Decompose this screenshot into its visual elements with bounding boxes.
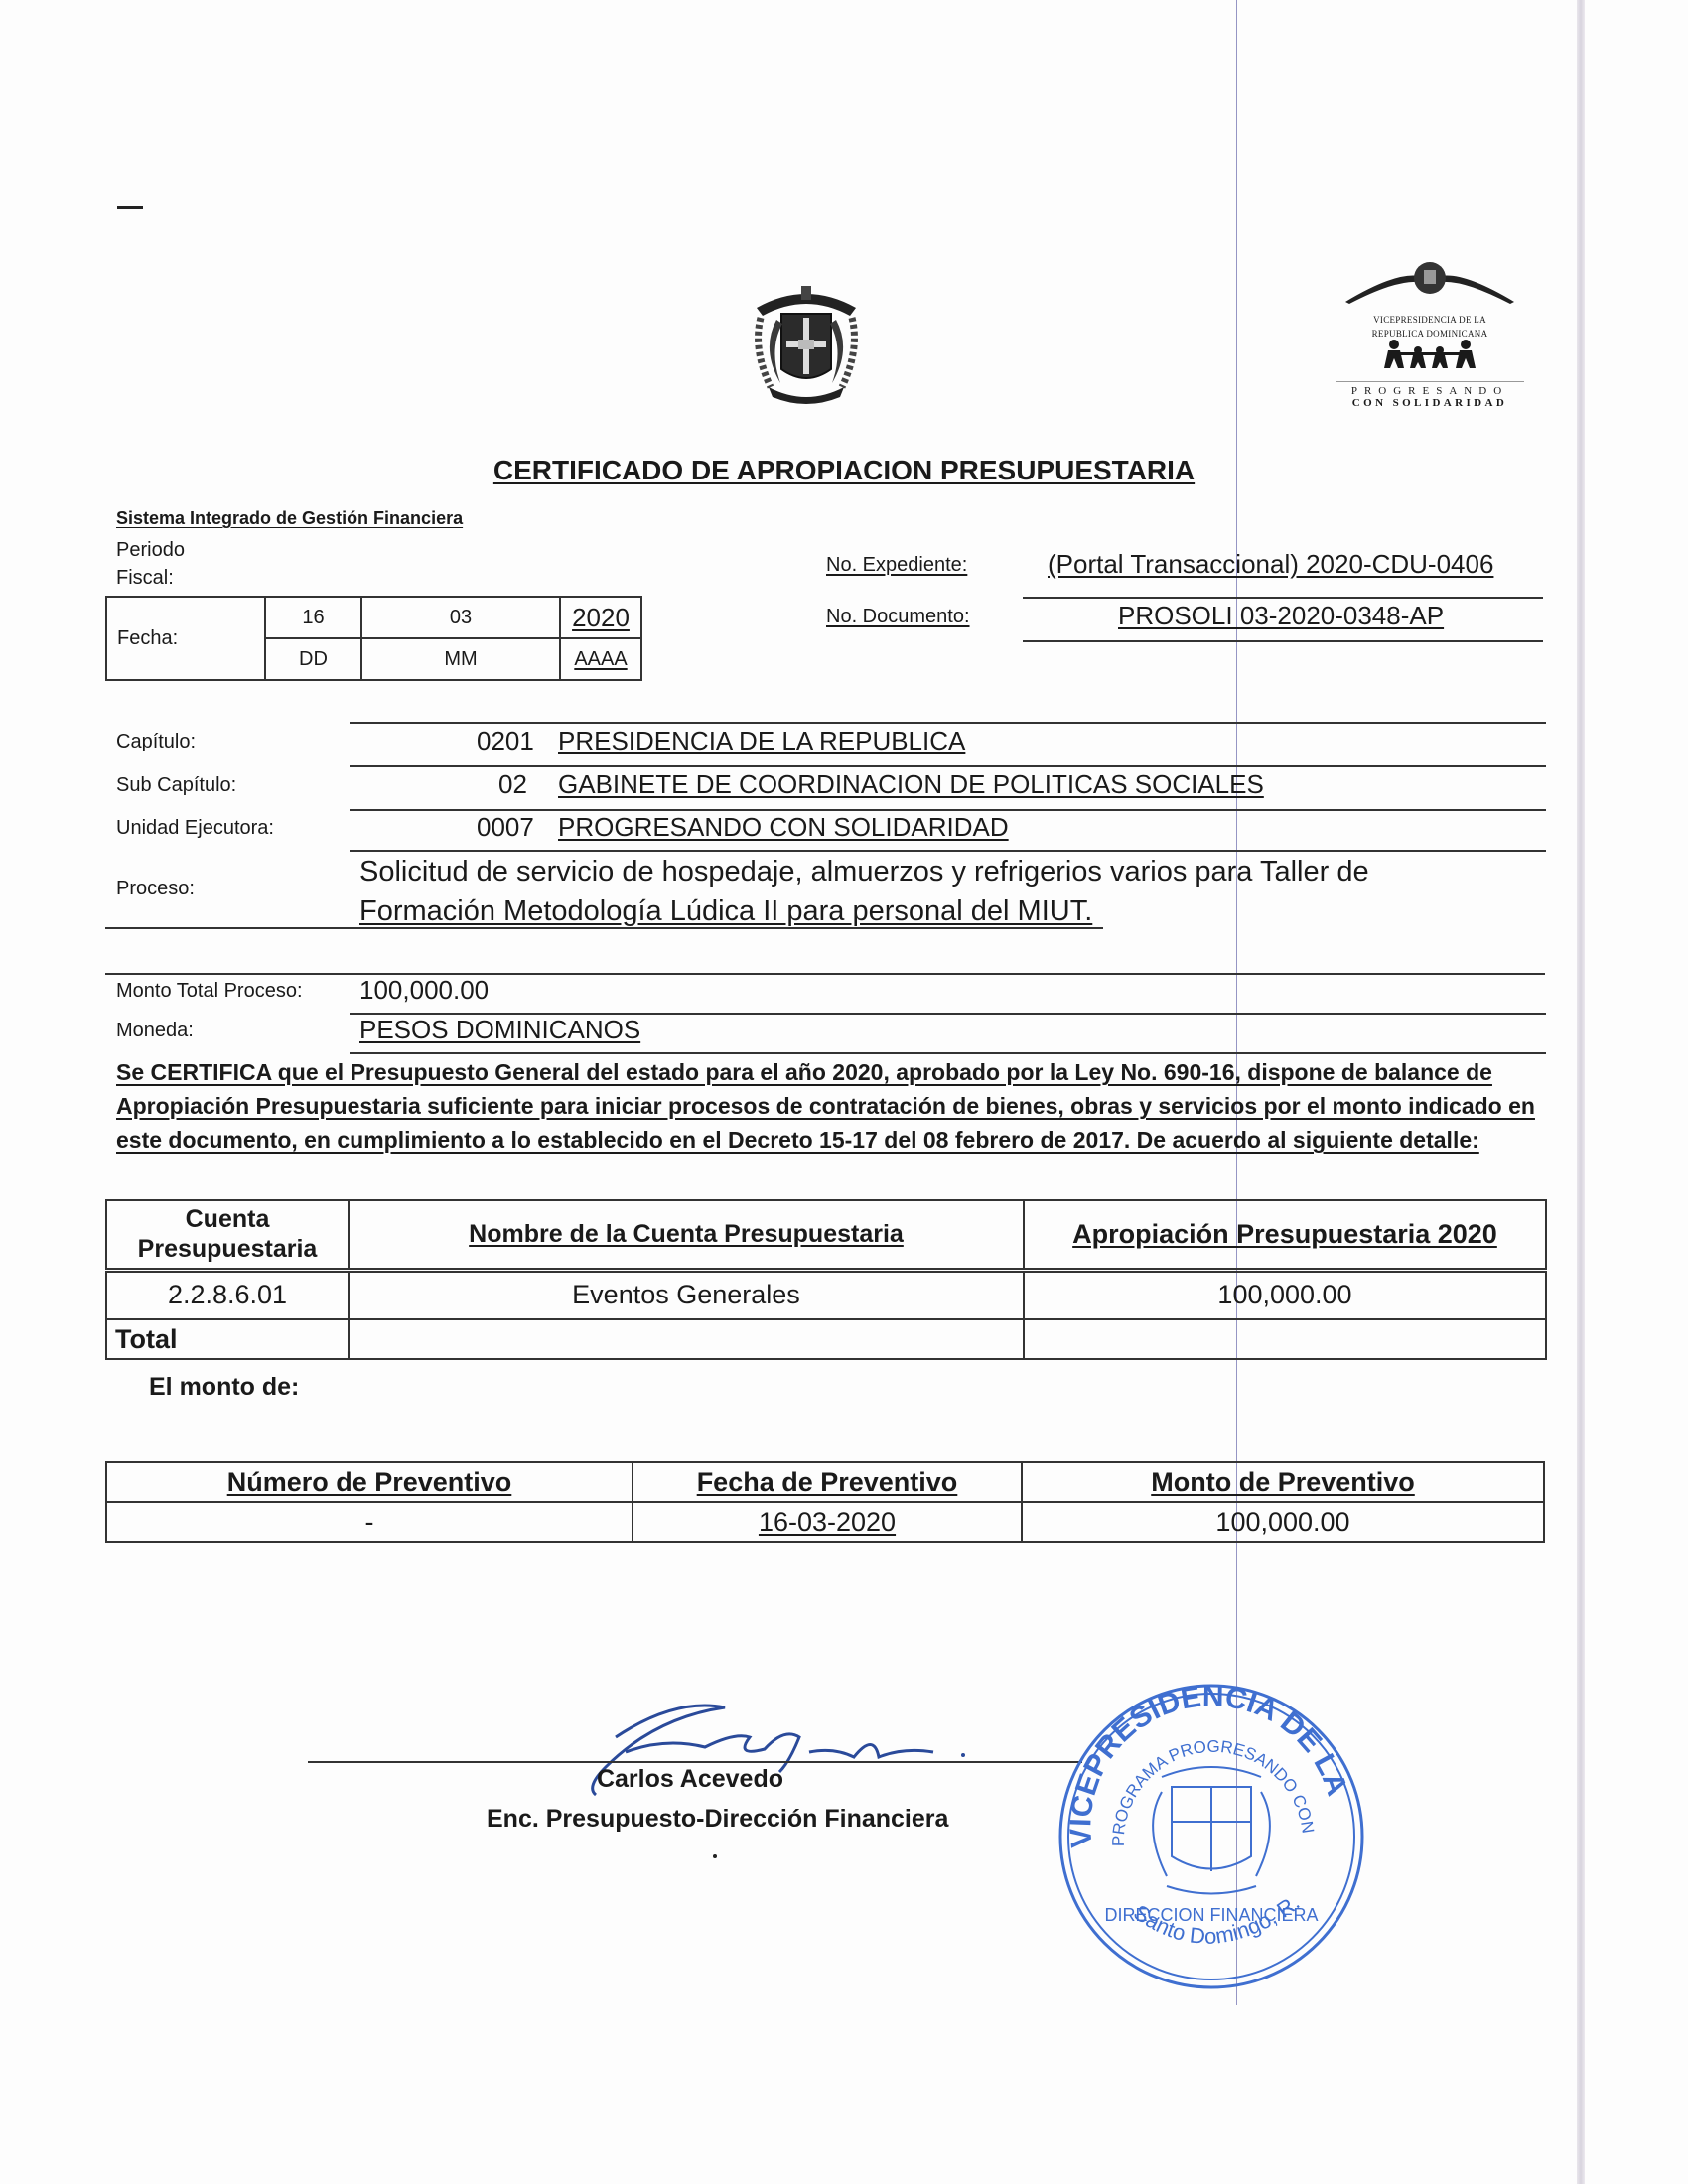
unidad-ejecutora-code: 0007 bbox=[477, 812, 534, 843]
cuenta-nombre: Eventos Generales bbox=[349, 1270, 1024, 1319]
family-figures-icon bbox=[1380, 339, 1479, 370]
sub-capitulo-name: GABINETE DE COORDINACION DE POLITICAS SO… bbox=[558, 769, 1264, 800]
scan-artifact-band bbox=[1577, 0, 1585, 2184]
dot-mark bbox=[713, 1854, 717, 1858]
expediente-label: No. Expediente: bbox=[826, 554, 967, 577]
dominican-coat-of-arms-icon bbox=[747, 280, 866, 409]
total-label: Total bbox=[106, 1319, 349, 1359]
preventivo-header-numero: Número de Preventivo bbox=[106, 1462, 633, 1502]
proceso-line-2: Formación Metodología Lúdica II para per… bbox=[359, 895, 1092, 928]
cuentas-header-apropiacion: Apropiación Presupuestaria 2020 bbox=[1024, 1200, 1546, 1270]
sub-capitulo-code: 02 bbox=[498, 769, 527, 800]
periodo-label: Periodo bbox=[116, 536, 185, 564]
proceso-label: Proceso: bbox=[116, 878, 195, 900]
preventivo-monto: 100,000.00 bbox=[1022, 1502, 1544, 1542]
moneda-label: Moneda: bbox=[116, 1020, 194, 1042]
preventivo-table: Número de Preventivo Fecha de Preventivo… bbox=[105, 1461, 1545, 1543]
unidad-ejecutora-name: PROGRESANDO CON SOLIDARIDAD bbox=[558, 812, 1009, 843]
cuentas-header-cuenta-line1: Cuenta bbox=[107, 1204, 348, 1234]
logo-line-3: PROGRESANDO bbox=[1336, 381, 1524, 397]
preventivo-header-monto: Monto de Preventivo bbox=[1022, 1462, 1544, 1502]
preventivo-header-fecha: Fecha de Preventivo bbox=[633, 1462, 1022, 1502]
preventivo-fecha: 16-03-2020 bbox=[633, 1502, 1022, 1542]
fecha-day-label: DD bbox=[265, 638, 361, 680]
unidad-ejecutora-label: Unidad Ejecutora: bbox=[116, 817, 274, 840]
fecha-year-label: AAAA bbox=[560, 638, 641, 680]
table-row: - 16-03-2020 100,000.00 bbox=[106, 1502, 1544, 1542]
logo-line-1: VICEPRESIDENCIA DE LA bbox=[1336, 315, 1524, 325]
signer-title: Enc. Presupuesto-Dirección Financiera bbox=[487, 1805, 948, 1834]
signer-name: Carlos Acevedo bbox=[0, 1765, 1092, 1794]
official-stamp-icon: VICEPRESIDENCIA DE LA REPUBLICA PROGRAMA… bbox=[1053, 1678, 1370, 1995]
fiscal-period-label: Periodo Fiscal: bbox=[116, 536, 185, 592]
system-label: Sistema Integrado de Gestión Financiera bbox=[116, 508, 463, 529]
fecha-label: Fecha: bbox=[106, 597, 265, 680]
total-row: Total bbox=[106, 1319, 1546, 1359]
monto-total-label: Monto Total Proceso: bbox=[116, 980, 303, 1003]
total-value bbox=[1024, 1319, 1546, 1359]
top-left-mark bbox=[117, 206, 143, 209]
fecha-month: 03 bbox=[361, 597, 560, 638]
cuenta-code: 2.2.8.6.01 bbox=[106, 1270, 349, 1319]
documento-value: PROSOLI 03-2020-0348-AP bbox=[1118, 601, 1444, 631]
cuentas-header-cuenta-line2: Presupuestaria bbox=[107, 1234, 348, 1264]
proceso-line-1: Solicitud de servicio de hospedaje, almu… bbox=[359, 856, 1369, 888]
monto-de-label: El monto de: bbox=[149, 1373, 299, 1402]
cuentas-header-nombre: Nombre de la Cuenta Presupuestaria bbox=[349, 1200, 1024, 1270]
fecha-table: Fecha: 16 03 2020 DD MM AAAA bbox=[105, 596, 642, 681]
total-nombre bbox=[349, 1319, 1024, 1359]
capitulo-code: 0201 bbox=[477, 726, 534, 756]
prosoli-logo: VICEPRESIDENCIA DE LA REPUBLICA DOMINICA… bbox=[1336, 256, 1524, 410]
vicepresidency-arc-emblem-icon bbox=[1336, 256, 1524, 306]
preventivo-numero: - bbox=[106, 1502, 633, 1542]
capitulo-name: PRESIDENCIA DE LA REPUBLICA bbox=[558, 726, 965, 756]
cuentas-header-cuenta: Cuenta Presupuestaria bbox=[106, 1200, 349, 1270]
moneda-value: PESOS DOMINICANOS bbox=[359, 1015, 640, 1045]
sub-capitulo-label: Sub Capítulo: bbox=[116, 774, 236, 797]
logo-line-2: REPUBLICA DOMINICANA bbox=[1336, 329, 1524, 339]
cuentas-table: Cuenta Presupuestaria Nombre de la Cuent… bbox=[105, 1199, 1547, 1360]
table-row: 2.2.8.6.01 Eventos Generales 100,000.00 bbox=[106, 1270, 1546, 1319]
cuenta-apropiacion: 100,000.00 bbox=[1024, 1270, 1546, 1319]
capitulo-label: Capítulo: bbox=[116, 731, 196, 753]
signature-line bbox=[308, 1761, 1082, 1763]
fecha-year: 2020 bbox=[560, 597, 641, 638]
logo-line-4: CON SOLIDARIDAD bbox=[1336, 397, 1524, 409]
monto-total-value: 100,000.00 bbox=[359, 975, 489, 1006]
document-title: CERTIFICADO DE APROPIACION PRESUPUESTARI… bbox=[0, 455, 1688, 486]
fecha-month-label: MM bbox=[361, 638, 560, 680]
expediente-value: (Portal Transaccional) 2020-CDU-0406 bbox=[1048, 549, 1493, 580]
fecha-day: 16 bbox=[265, 597, 361, 638]
fiscal-label: Fiscal: bbox=[116, 564, 185, 592]
documento-label: No. Documento: bbox=[826, 606, 970, 628]
certification-text: Se CERTIFICA que el Presupuesto General … bbox=[116, 1055, 1546, 1157]
certification-text-body: Se CERTIFICA que el Presupuesto General … bbox=[116, 1059, 1535, 1153]
